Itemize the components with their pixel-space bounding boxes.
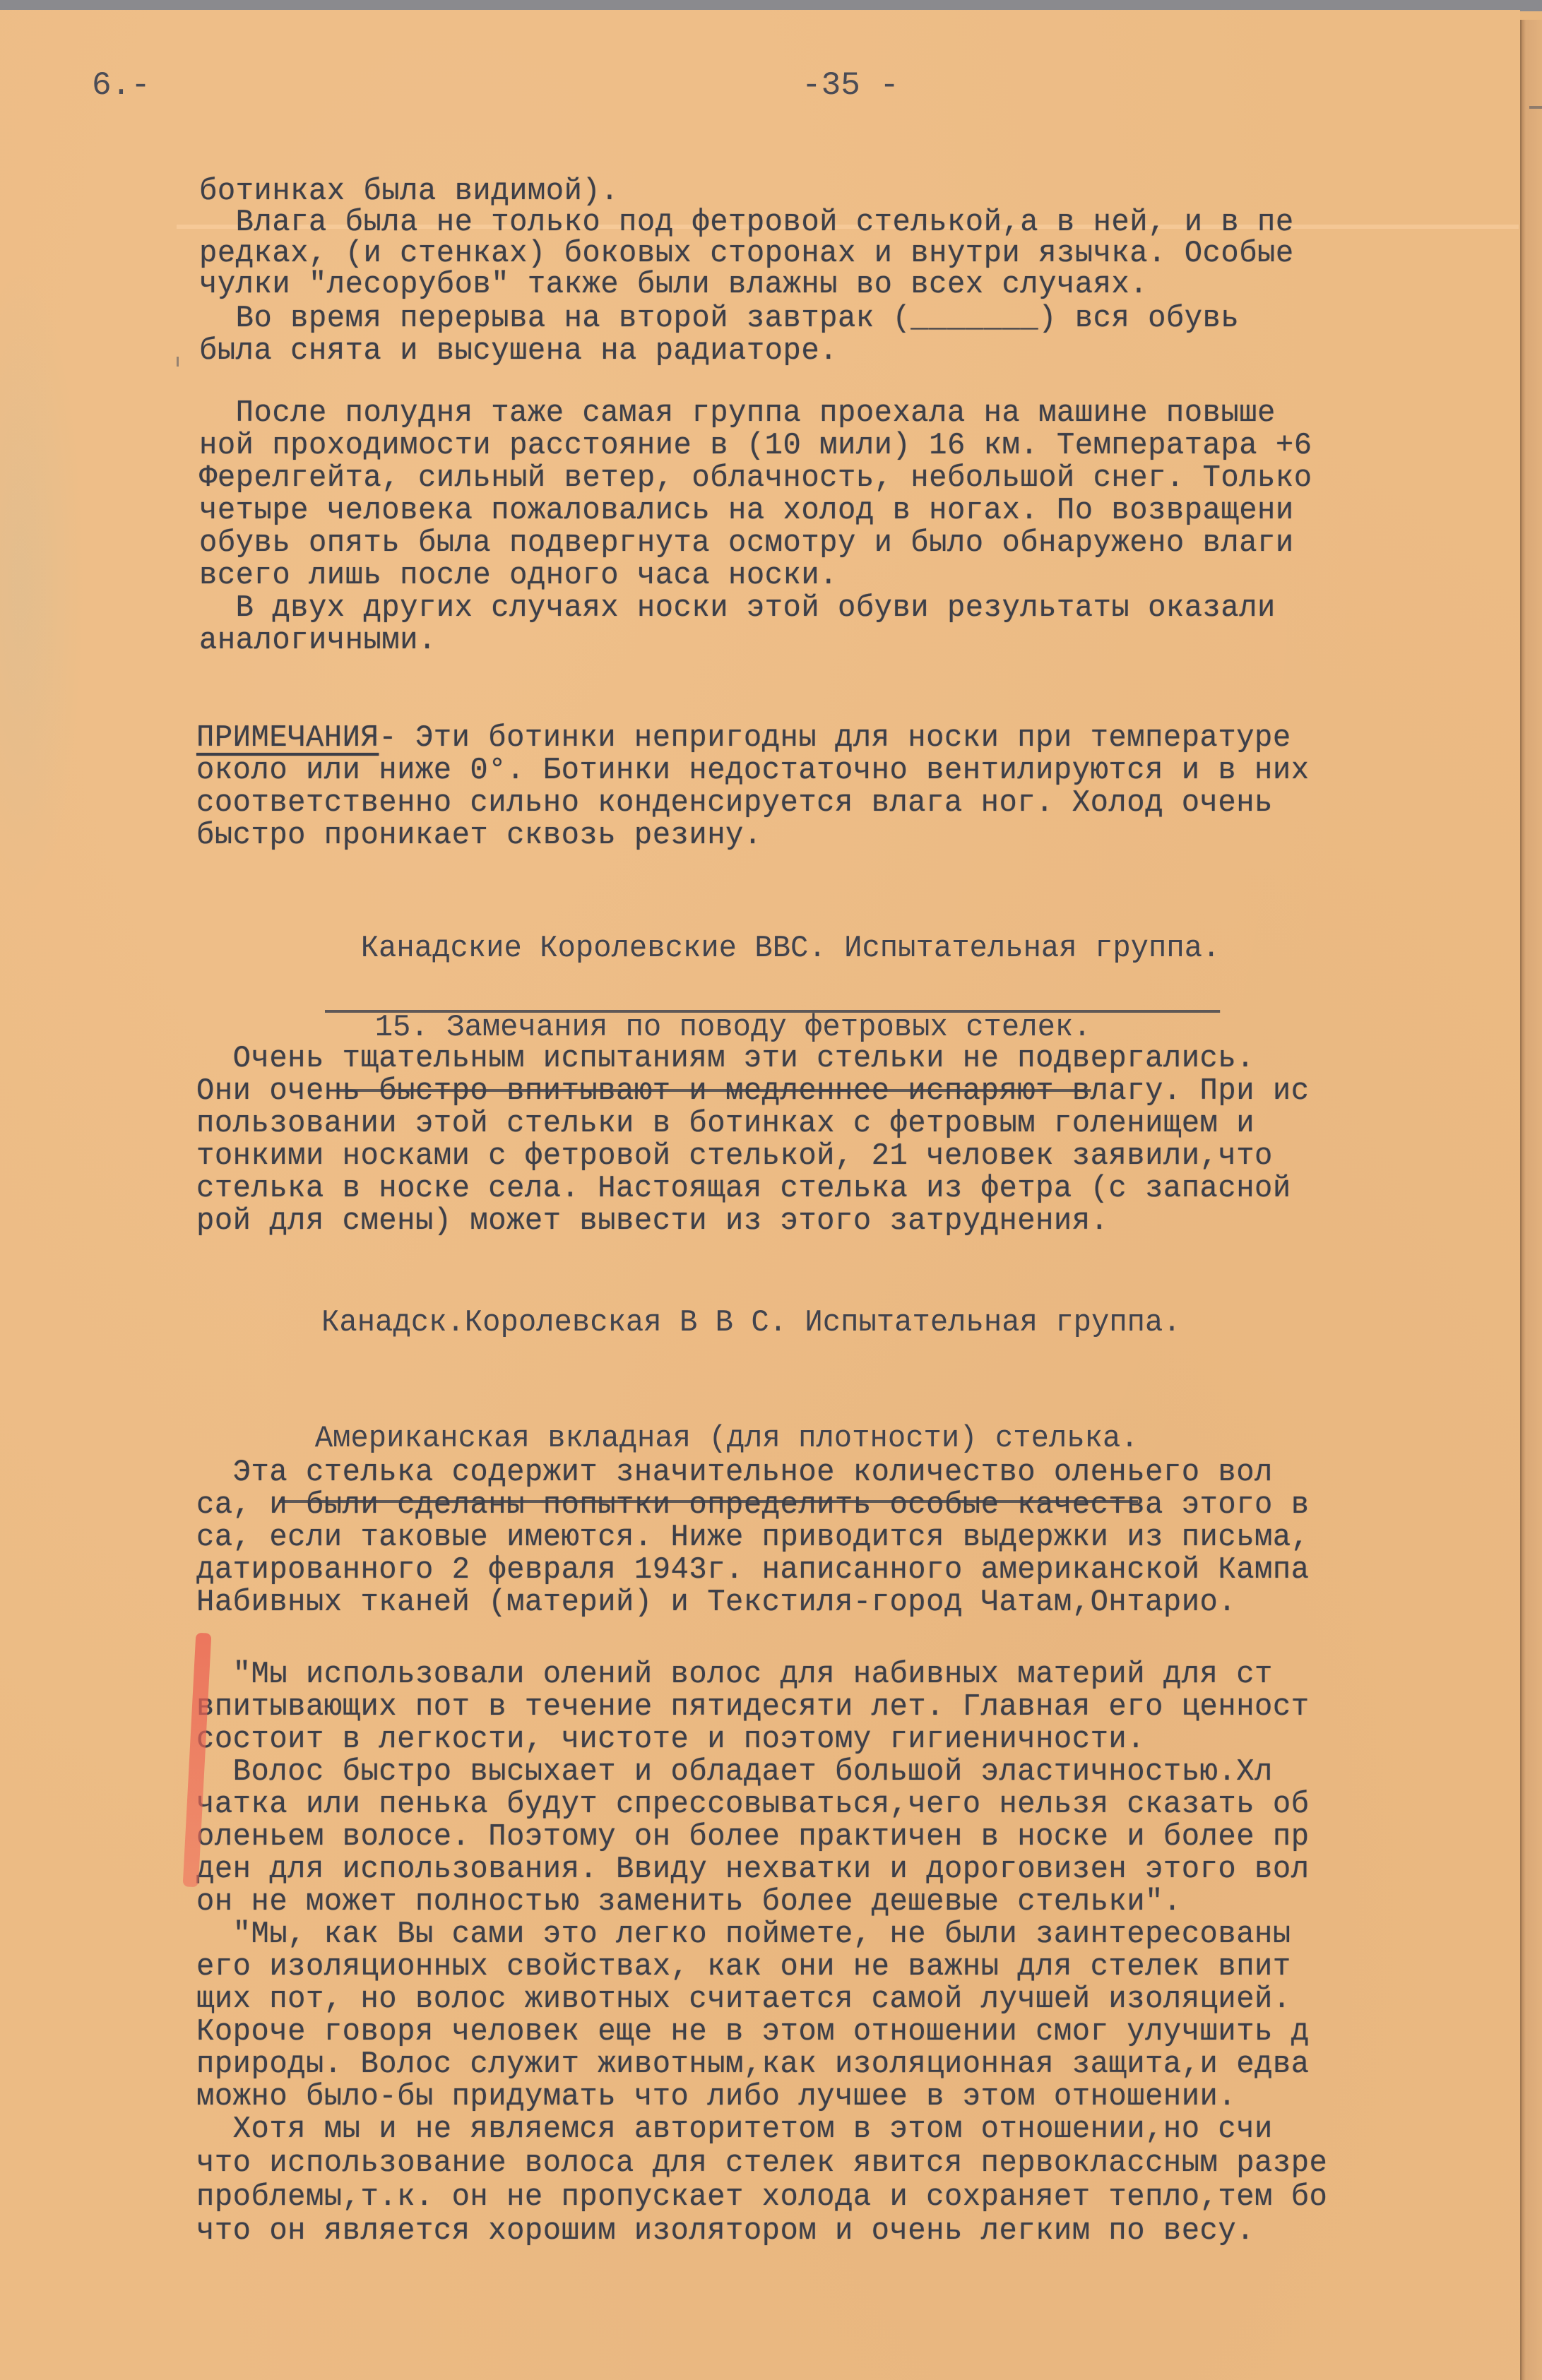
note-line: ПРИМЕЧАНИЯ- Эти ботинки непригодны для н… — [196, 722, 1291, 754]
text-line: чулки "лесорубов" также были влажны во в… — [199, 268, 1148, 301]
text-line: была снята и высушена на радиаторе. — [199, 335, 838, 367]
text-line: аналогичными. — [199, 624, 437, 657]
text-line: оленьем волосе. Поэтому он более практич… — [196, 1821, 1310, 1853]
text-line: пользовании этой стельки в ботинках с фе… — [196, 1107, 1255, 1140]
text-line: около или ниже 0°. Ботинки недостаточно … — [196, 754, 1310, 787]
text-line: ботинках была видимой). — [199, 175, 619, 208]
text-line: са, и были сделаны попытки определить ос… — [196, 1489, 1310, 1521]
text-line: редках, (и стенках) боковых сторонах и в… — [199, 237, 1294, 270]
text-line: ден для использования. Ввиду нехватки и … — [196, 1853, 1310, 1886]
text-line: что он является хорошим изолятором и оче… — [196, 2215, 1255, 2247]
text-line: его изоляционных свойствах, как они не в… — [196, 1951, 1291, 1983]
page-number: -35 - — [802, 67, 899, 104]
text-line: что использование волоса для стелек явит… — [196, 2147, 1327, 2179]
heading-text: Канадские Королевские ВВС. Испытательная… — [361, 931, 1221, 966]
text-line: состоит в легкости, чистоте и поэтому ги… — [196, 1723, 1145, 1756]
text-line: впитывающих пот в течение пятидесяти лет… — [196, 1691, 1310, 1723]
text-line: соответственно сильно конденсируется вла… — [196, 787, 1273, 819]
text-line: тонкими носками с фетровой стелькой, 21 … — [196, 1140, 1273, 1172]
text-line: После полудня таже самая группа проехала… — [199, 397, 1276, 429]
text-line: проблемы,т.к. он не пропускает холода и … — [196, 2181, 1327, 2213]
text-line: щих пот, но волос животных считается сам… — [196, 1983, 1291, 2016]
text-line: датированного 2 февраля 1943г. написанно… — [196, 1554, 1310, 1586]
text-line: Влага была не только под фетровой стельк… — [199, 206, 1294, 239]
text-line: Хотя мы и не являемся авторитетом в этом… — [196, 2113, 1273, 2146]
signature-line: Канадск.Королевская В В С. Испытательная… — [321, 1305, 1181, 1340]
text-line: В двух других случаях носки этой обуви р… — [199, 592, 1276, 624]
text-line: Эта стелька содержит значительное количе… — [196, 1456, 1273, 1489]
text-line: можно было-бы придумать что либо лучшее … — [196, 2081, 1236, 2113]
text-line: Они очень быстро впитывают и медленнее и… — [196, 1075, 1310, 1107]
text-line: Короче говоря человек еще не в этом отно… — [196, 2016, 1310, 2048]
text-line: четыре человека пожаловались на холод в … — [199, 494, 1294, 527]
text-line: Во время перерыва на второй завтрак (___… — [199, 302, 1239, 335]
note-label: ПРИМЕЧАНИЯ — [196, 720, 379, 756]
text-line: рой для смены) может вывести из этого за… — [196, 1205, 1108, 1237]
section-marker: 6.- — [92, 67, 150, 104]
stray-mark — [177, 357, 179, 367]
paper-stain — [0, 268, 85, 904]
text-line: ной проходимости расстояние в (10 мили) … — [199, 429, 1312, 462]
text-line: Волос быстро высыхает и обладает большой… — [196, 1756, 1273, 1788]
heading-text: Американская вкладная (для плотности) ст… — [315, 1421, 1139, 1456]
text-line: Очень тщательным испытаниям эти стельки … — [196, 1042, 1255, 1075]
note-text: - Эти ботинки непригодны для носки при т… — [379, 720, 1291, 756]
text-line: "Мы, как Вы сами это легко поймете, не б… — [196, 1918, 1291, 1951]
text-line: Набивных тканей (материй) и Текстиля-гор… — [196, 1586, 1236, 1619]
adjacent-page-edge — [1520, 20, 1542, 2380]
text-line: стелька в носке села. Настоящая стелька … — [196, 1172, 1291, 1205]
text-line: быстро проникает сквозь резину. — [196, 819, 762, 852]
text-line: он не может полностью заменить более деш… — [196, 1886, 1182, 1918]
text-line: чатка или пенька будут спрессовываться,ч… — [196, 1788, 1310, 1821]
text-line: са, если таковые имеются. Ниже приводитс… — [196, 1521, 1310, 1554]
text-line: "Мы использовали олений волос для набивн… — [196, 1658, 1273, 1691]
stray-mark — [1529, 106, 1542, 109]
heading-text: 15. Замечания по поводу фетровых стелек. — [375, 1010, 1091, 1045]
text-line: обувь опять была подвергнута осмотру и б… — [199, 527, 1294, 559]
text-line: всего лишь после одного часа носки. — [199, 559, 838, 592]
text-line: Ферелгейта, сильный ветер, облачность, н… — [199, 462, 1312, 494]
text-line: природы. Волос служит животным,как изоля… — [196, 2048, 1310, 2081]
